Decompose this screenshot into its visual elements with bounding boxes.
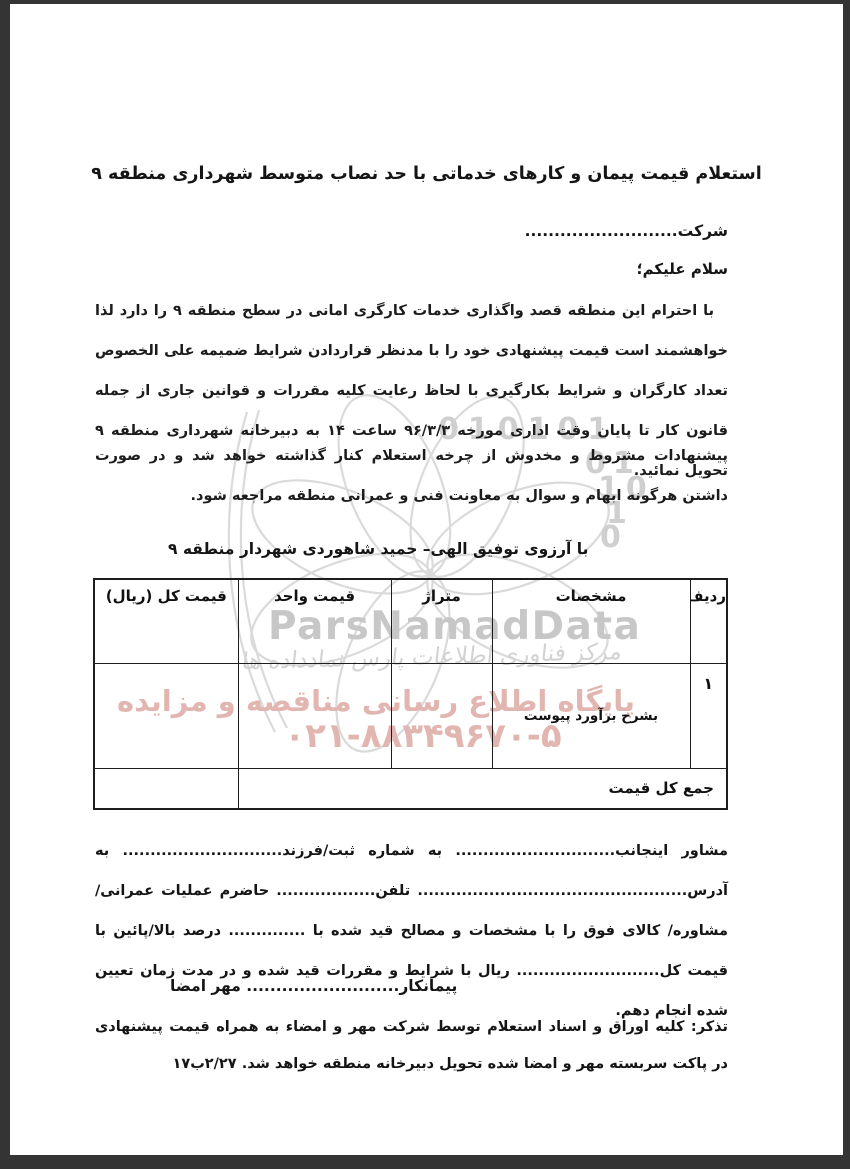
column-header-radif: ردیف: [690, 579, 727, 663]
contractor-signature-line: پیمانکار.......................... مهر ا…: [170, 977, 457, 995]
sum-label-cell: جمع کل قیمت: [238, 768, 727, 809]
column-header-total-price: قیمت کل (ریال): [94, 579, 238, 663]
footnote-text: کلیه اوراق و اسناد استعلام توسط شرکت مهر…: [95, 1019, 728, 1072]
document-page: 010101 01 10 1 0 ParsNamadData مرکز فناو…: [10, 4, 843, 1155]
offer-declaration-paragraph: مشاور اینجانب...........................…: [95, 831, 728, 1031]
document-content: استعلام قیمت پیمان و کارهای خدماتی با حد…: [10, 4, 843, 1155]
table-row: ۱ بشرح برآورد پیوست: [94, 663, 727, 768]
scanned-document-viewport: { "doc": { "title": "استعلام قیمت پیمان …: [0, 0, 850, 1169]
conditions-paragraph: پیشنهادات مشروط و مخدوش از چرخه استعلام …: [95, 436, 728, 516]
footnote-label: تذکر:: [691, 1019, 728, 1035]
unit-price-cell: [238, 663, 391, 768]
total-price-cell: [94, 663, 238, 768]
mayor-signature-line: با آرزوی توفیق الهی– حمید شاهوردی شهردار…: [168, 540, 588, 558]
column-header-unit-price: قیمت واحد: [238, 579, 391, 663]
table-sum-row: جمع کل قیمت: [94, 768, 727, 809]
column-header-specs: مشخصات: [492, 579, 690, 663]
company-blank-line: شرکت..........................: [525, 222, 728, 240]
column-header-metraj: متراژ: [391, 579, 492, 663]
metraj-cell: [391, 663, 492, 768]
sum-total-price-cell: [94, 768, 238, 809]
specs-cell: بشرح برآورد پیوست: [492, 663, 690, 768]
table-header-row: ردیف مشخصات متراژ قیمت واحد قیمت کل (ریا…: [94, 579, 727, 663]
greeting-line: سلام علیکم؛: [637, 260, 728, 278]
price-quote-table: ردیف مشخصات متراژ قیمت واحد قیمت کل (ریا…: [93, 578, 728, 810]
document-title: استعلام قیمت پیمان و کارهای خدماتی با حد…: [70, 164, 783, 184]
footnote-paragraph: تذکر: کلیه اوراق و اسناد استعلام توسط شر…: [95, 1009, 728, 1083]
row-number-cell: ۱: [690, 663, 727, 768]
